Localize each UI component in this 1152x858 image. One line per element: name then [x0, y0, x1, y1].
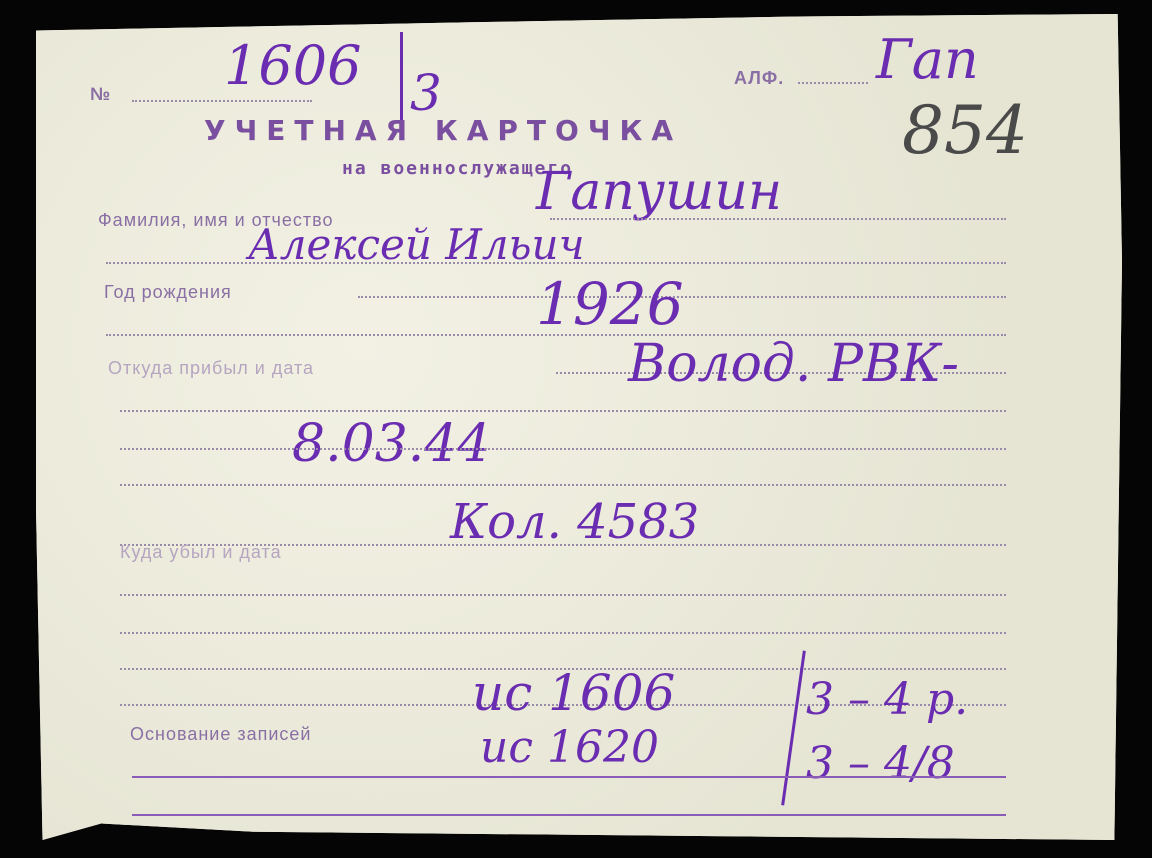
- departed-label: Куда убыл и дата: [120, 542, 282, 563]
- number-value: 1606: [224, 34, 361, 97]
- alph-line: [798, 82, 868, 84]
- basis-line-1: [132, 776, 1006, 778]
- number-divider: [400, 32, 403, 126]
- number-label: №: [90, 84, 111, 105]
- arrived-line-2: [120, 410, 1006, 412]
- basis-divider: [781, 651, 806, 806]
- name-line-2: [106, 262, 1006, 264]
- arrived-from-value: Волод. РВК-: [628, 334, 959, 394]
- arrived-date-value: 8.03.44: [292, 414, 490, 474]
- basis-line-2: [132, 814, 1006, 816]
- arrived-label: Откуда прибыл и дата: [108, 358, 314, 379]
- arrived-unit-value: Кол. 4583: [450, 494, 699, 550]
- arrived-line-4: [120, 484, 1006, 486]
- basis-line1-suffix: 3 – 4 р.: [806, 674, 968, 725]
- alph-label: АЛФ.: [734, 68, 784, 89]
- departed-line-1: [120, 594, 1006, 596]
- arrived-line-3: [120, 448, 1006, 450]
- pencil-mark: 854: [902, 92, 1028, 169]
- registration-card: № 1606 3 АЛФ. Гап 854 УЧЕТНАЯ КАРТОЧКА н…: [36, 14, 1122, 840]
- card-title: УЧЕТНАЯ КАРТОЧКА: [204, 114, 682, 147]
- alph-value: Гап: [876, 28, 979, 91]
- birth-year-value: 1926: [536, 270, 684, 338]
- name-line-1: [550, 218, 1006, 220]
- departed-line-2: [120, 632, 1006, 634]
- basis-line1-value: ис 1606: [472, 664, 675, 722]
- number-line: [132, 100, 312, 102]
- basis-label: Основание записей: [130, 724, 311, 745]
- basis-line2-value: ис 1620: [480, 722, 659, 773]
- surname-value: Гапушин: [536, 162, 782, 222]
- birth-year-label: Год рождения: [104, 282, 232, 303]
- basis-line2-suffix: 3 – 4/8: [806, 738, 955, 789]
